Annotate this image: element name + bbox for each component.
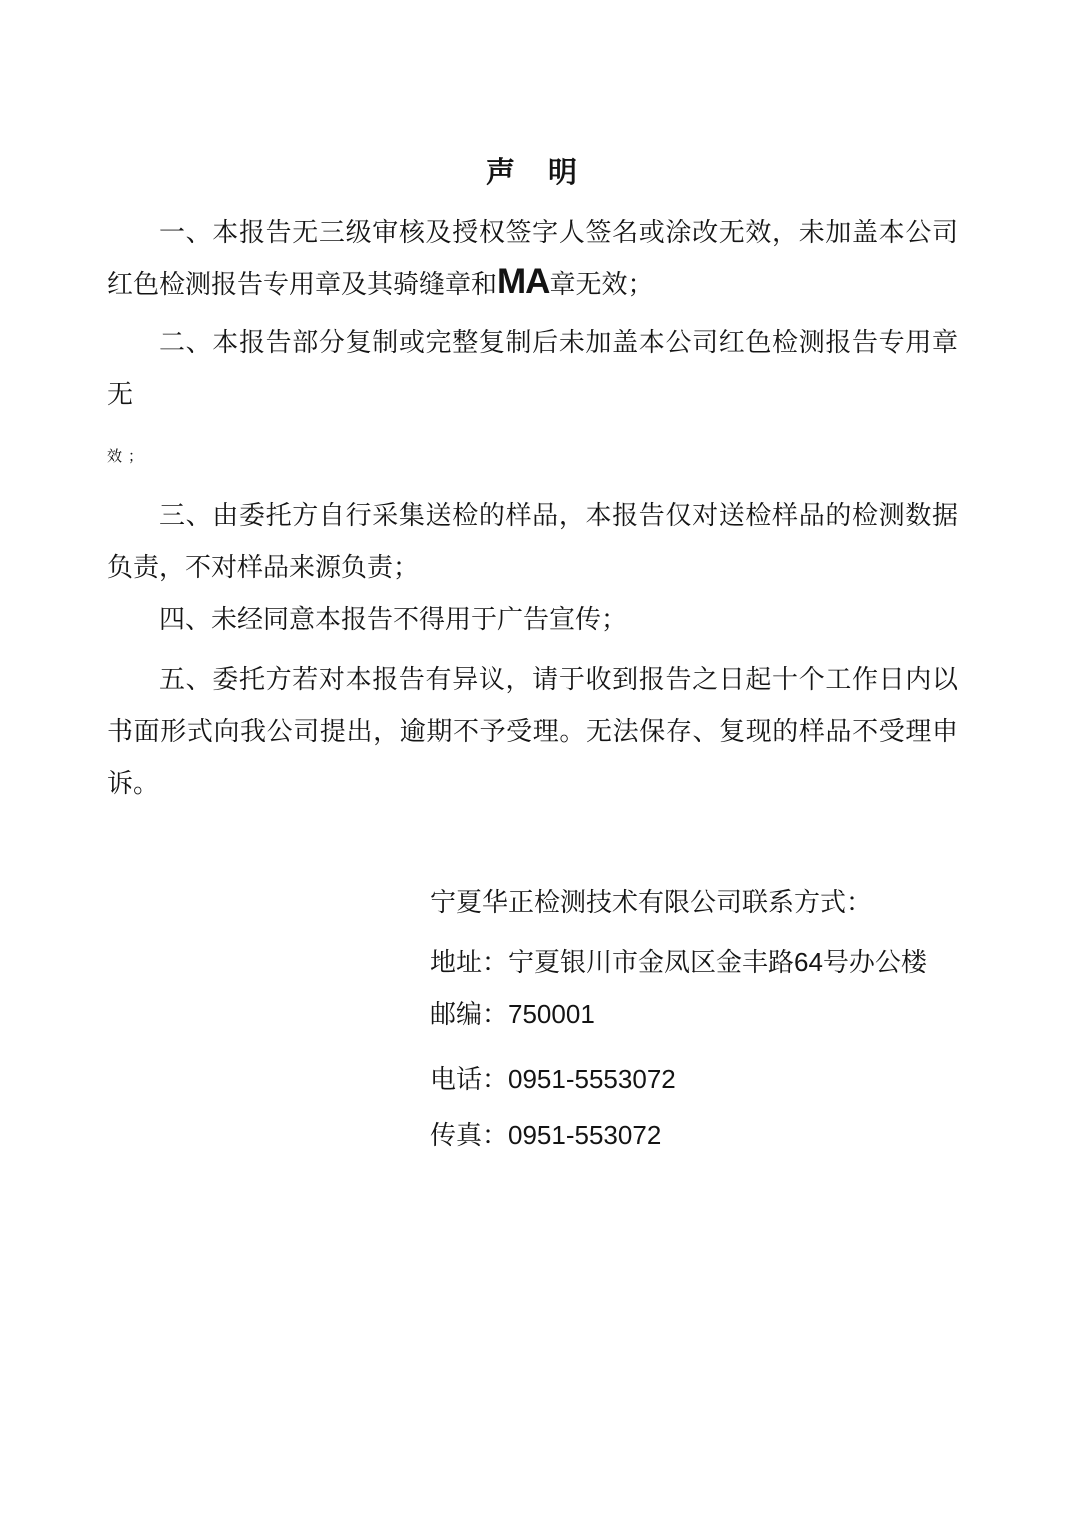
contact-address-label: 地址： [430,948,508,977]
contact-line-fax: 传真：0951-553072 [430,1118,927,1153]
contact-fax-value: 0951-553072 [508,1120,661,1150]
statement-item-2-continuation: 效； [107,447,958,467]
statement-section: 声 明 一、本报告无三级审核及授权签字人签名或涂改无效，未加盖本公司红色检测报告… [107,155,958,810]
statement-item-3: 三、由委托方自行采集送检的样品，本报告仅对送检样品的检测数据负责，不对样品来源负… [107,490,958,594]
contact-line-phone: 电话：0951-5553072 [430,1062,927,1097]
statement-item-4: 四、未经同意本报告不得用于广告宣传； [107,594,958,646]
contact-phone-value: 0951-5553072 [508,1064,676,1094]
contact-address-value: 宁夏银川市金凤区金丰路64号办公楼 [508,947,927,977]
contact-heading: 宁夏华正检测技术有限公司联系方式： [430,886,927,920]
contact-block: 宁夏华正检测技术有限公司联系方式： 地址：宁夏银川市金凤区金丰路64号办公楼 邮… [430,886,927,1153]
contact-phone-label: 电话： [430,1065,508,1094]
contact-postcode-label: 邮编： [430,1000,508,1029]
page-title: 声 明 [107,155,958,191]
statement-item-2: 二、本报告部分复制或完整复制后未加盖本公司红色检测报告专用章无 [107,317,958,421]
statement-item-5: 五、委托方若对本报告有异议，请于收到报告之日起十个工作日内以书面形式向我公司提出… [107,654,958,810]
cma-ma-mark: MA [497,262,549,301]
contact-line-address: 地址：宁夏银川市金凤区金丰路64号办公楼 [430,945,927,980]
contact-fax-label: 传真： [430,1121,508,1150]
contact-line-postcode: 邮编：750001 [430,997,927,1032]
statement-1-text-post: 章无效； [549,270,653,299]
contact-postcode-value: 750001 [508,999,595,1029]
document-page: 声 明 一、本报告无三级审核及授权签字人签名或涂改无效，未加盖本公司红色检测报告… [0,0,1075,1521]
statement-item-1: 一、本报告无三级审核及授权签字人签名或涂改无效，未加盖本公司红色检测报告专用章及… [107,207,958,311]
